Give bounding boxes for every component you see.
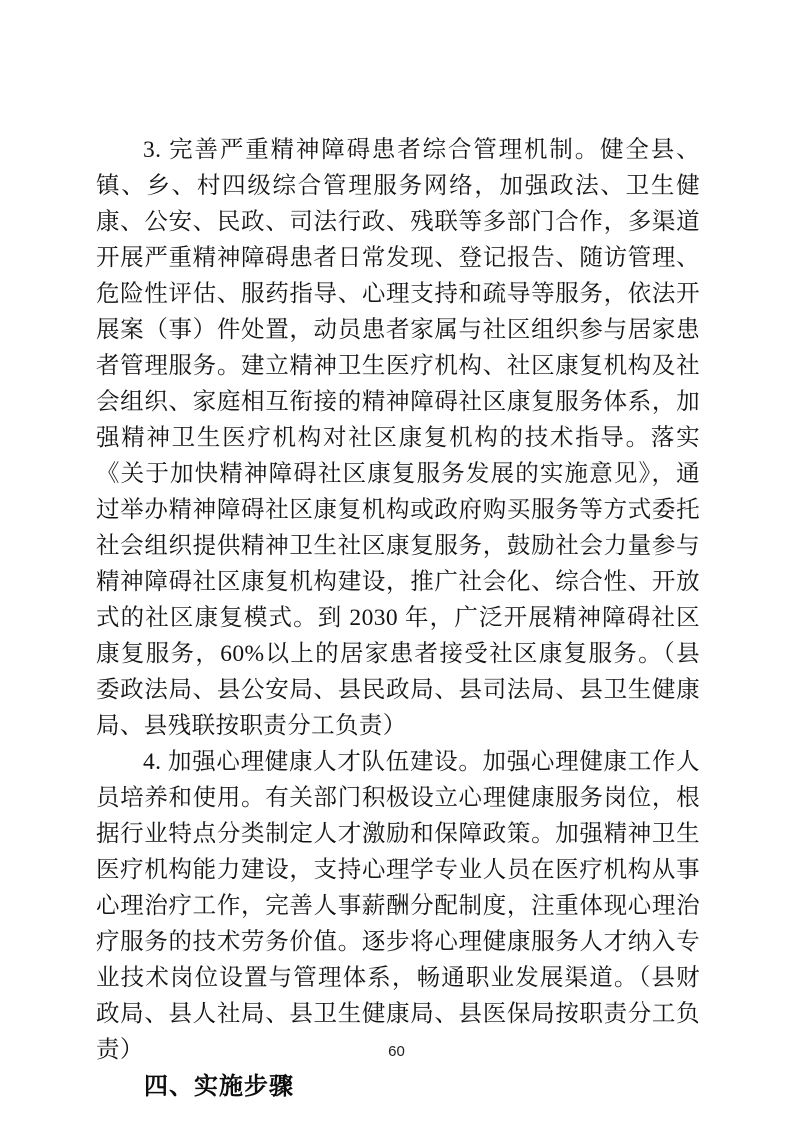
- document-body: 3. 完善严重精神障碍患者综合管理机制。健全县、镇、乡、村四级综合管理服务网络，…: [96, 132, 700, 1105]
- paragraph-3-severe-mental-disorder-management: 3. 完善严重精神障碍患者综合管理机制。健全县、镇、乡、村四级综合管理服务网络，…: [96, 132, 700, 744]
- section-heading-implementation-steps: 四、实施步骤: [96, 1069, 700, 1105]
- paragraph-4-mental-health-talent-team: 4. 加强心理健康人才队伍建设。加强心理健康工作人员培养和使用。有关部门积极设立…: [96, 744, 700, 1068]
- page-number: 60: [0, 1043, 793, 1060]
- document-page: 3. 完善严重精神障碍患者综合管理机制。健全县、镇、乡、村四级综合管理服务网络，…: [0, 0, 793, 1122]
